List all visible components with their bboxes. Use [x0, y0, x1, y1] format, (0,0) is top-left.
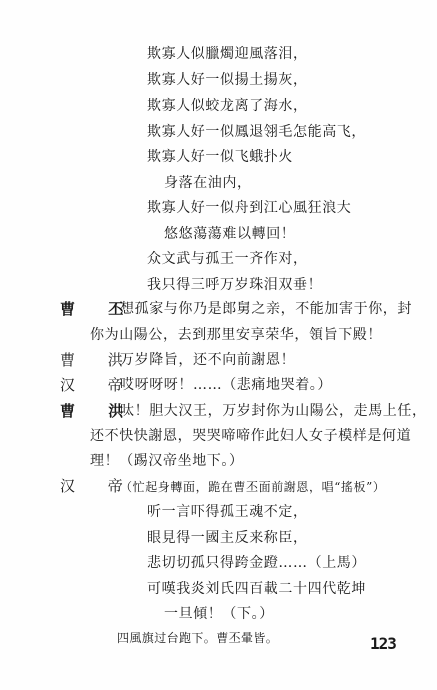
closing-stage-direction: 四風旗过台跑下。曹丕暈皆。 — [117, 630, 278, 646]
verse-line: 悲切切孤只得跨金蹬……（上馬） — [147, 554, 366, 572]
verse-line: 欺寡人似蛟龙离了海水， — [147, 97, 308, 115]
page-number: 123 — [370, 634, 396, 653]
verse-line-indented: 悠悠蕩蕩难以轉回！ — [164, 225, 295, 243]
speech-line-continued: 你为山陽公，去到那里安享荣华，領旨下殿！ — [90, 326, 382, 344]
verse-line: 欺寡人好一似飞蛾扑火 — [147, 148, 293, 166]
verse-line: 欺寡人好一似舟到江心風狂浪大 — [147, 199, 351, 217]
verse-line: 欺寡人似臘燭迎風落泪， — [147, 45, 308, 63]
verse-line-indented: 一旦傾！（下。） — [164, 605, 274, 623]
speech-line: 万岁降旨，还不向前謝恩！ — [120, 351, 295, 369]
speech-line: 想孤家与你乃是郎舅之亲，不能加害于你，封 — [120, 300, 412, 318]
verse-line: 可嘆我炎刘氏四百載二十四代乾坤 — [147, 580, 366, 598]
verse-line-indented: 身落在油内， — [164, 174, 252, 192]
speech-line-continued: 还不快快謝恩，哭哭啼啼作此妇人女子模样是何道 — [90, 427, 411, 445]
verse-line: 听一言吓得孤王魂不定， — [147, 503, 308, 521]
speech-line: 呔！胆大汉王，万岁封你为山陽公，走馬上任， — [120, 402, 427, 420]
verse-line: 我只得三呼万岁珠泪双垂！ — [147, 276, 322, 294]
verse-line: 众文武与孤王一齐作对， — [147, 250, 308, 268]
verse-line: 欺寡人好一似鳳退翎毛怎能高飞， — [147, 123, 366, 141]
verse-line: 欺寡人好一似揚土揚灰， — [147, 71, 308, 89]
verse-line: 眼見得一國主反来称臣， — [147, 529, 308, 547]
stage-direction: （忙起身轉面，跪在曹丕面前謝恩，唱“搖板”） — [120, 478, 385, 496]
document-page: 欺寡人似臘燭迎風落泪， 欺寡人好一似揚土揚灰， 欺寡人似蛟龙离了海水， 欺寡人好… — [0, 0, 437, 690]
speech-line-continued: 理！（踢汉帝坐地下。） — [90, 452, 244, 470]
speech-line: 哎呀呀呀！……（悲痛地哭着。） — [120, 376, 332, 394]
